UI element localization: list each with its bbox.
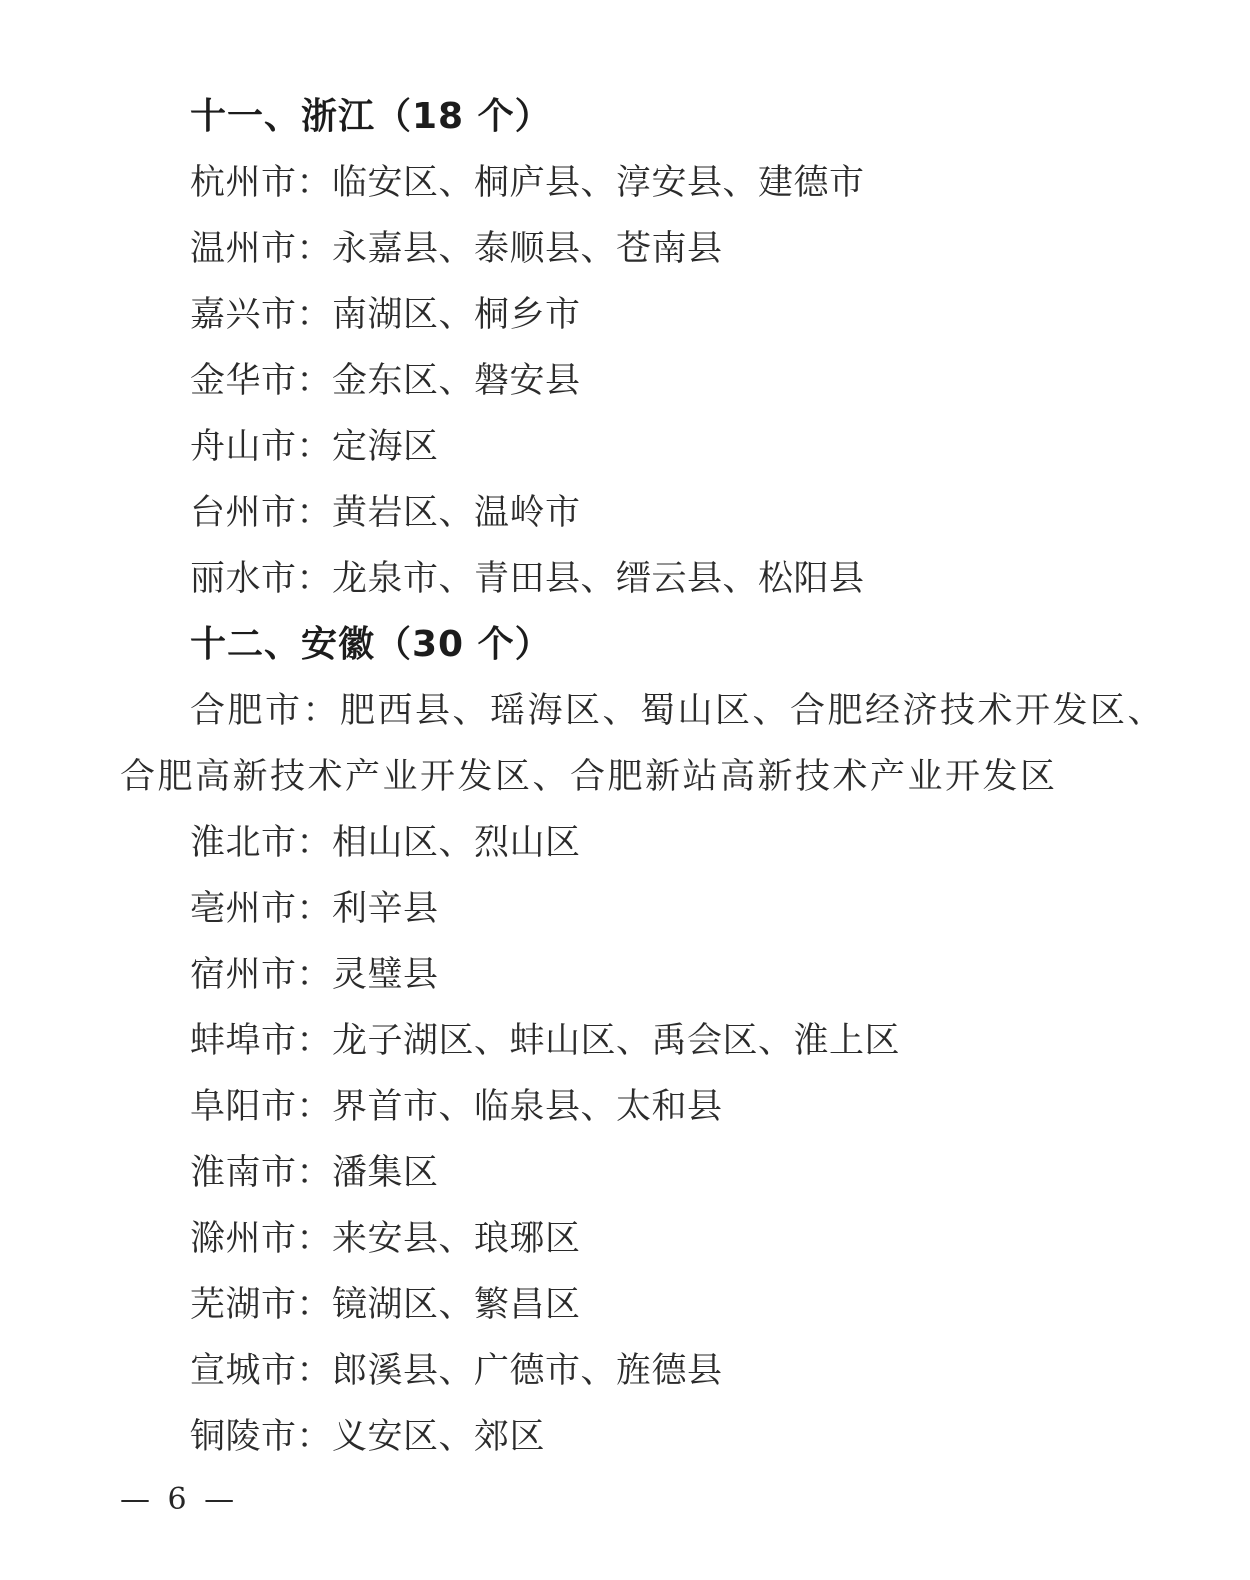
region-entry-fuyang: 阜阳市：界首市、临泉县、太和县 bbox=[120, 1074, 1132, 1140]
region-entry-tongling: 铜陵市：义安区、郊区 bbox=[120, 1404, 1132, 1470]
region-entry-jiaxing: 嘉兴市：南湖区、桐乡市 bbox=[120, 282, 1132, 348]
region-entry-xuancheng: 宣城市：郎溪县、广德市、旌德县 bbox=[120, 1338, 1132, 1404]
region-entry-zhoushan: 舟山市：定海区 bbox=[120, 414, 1132, 480]
region-entry-wenzhou: 温州市：永嘉县、泰顺县、苍南县 bbox=[120, 216, 1132, 282]
region-entry-huaibei: 淮北市：相山区、烈山区 bbox=[120, 810, 1132, 876]
region-entry-hefei-line2: 合肥高新技术产业开发区、合肥新站高新技术产业开发区 bbox=[120, 744, 1132, 810]
region-entry-hangzhou: 杭州市：临安区、桐庐县、淳安县、建德市 bbox=[120, 150, 1132, 216]
region-entry-huainan: 淮南市：潘集区 bbox=[120, 1140, 1132, 1206]
section-heading-zhejiang: 十一、浙江（18 个） bbox=[120, 84, 1132, 150]
region-entry-suzhou: 宿州市：灵璧县 bbox=[120, 942, 1132, 1008]
region-entry-jinhua: 金华市：金东区、磐安县 bbox=[120, 348, 1132, 414]
region-entry-wuhu: 芜湖市：镜湖区、繁昌区 bbox=[120, 1272, 1132, 1338]
region-entry-taizhou: 台州市：黄岩区、温岭市 bbox=[120, 480, 1132, 546]
region-entry-chuzhou: 滁州市：来安县、琅琊区 bbox=[120, 1206, 1132, 1272]
region-entry-bozhou: 亳州市：利辛县 bbox=[120, 876, 1132, 942]
region-entry-hefei-line1: 合肥市：肥西县、瑶海区、蜀山区、合肥经济技术开发区、 bbox=[120, 678, 1132, 744]
document-page: 十一、浙江（18 个） 杭州市：临安区、桐庐县、淳安县、建德市 温州市：永嘉县、… bbox=[0, 0, 1250, 1522]
section-heading-anhui: 十二、安徽（30 个） bbox=[120, 612, 1132, 678]
page-number: — 6 — bbox=[120, 1478, 1132, 1522]
region-entry-bengbu: 蚌埠市：龙子湖区、蚌山区、禹会区、淮上区 bbox=[120, 1008, 1132, 1074]
region-entry-lishui: 丽水市：龙泉市、青田县、缙云县、松阳县 bbox=[120, 546, 1132, 612]
